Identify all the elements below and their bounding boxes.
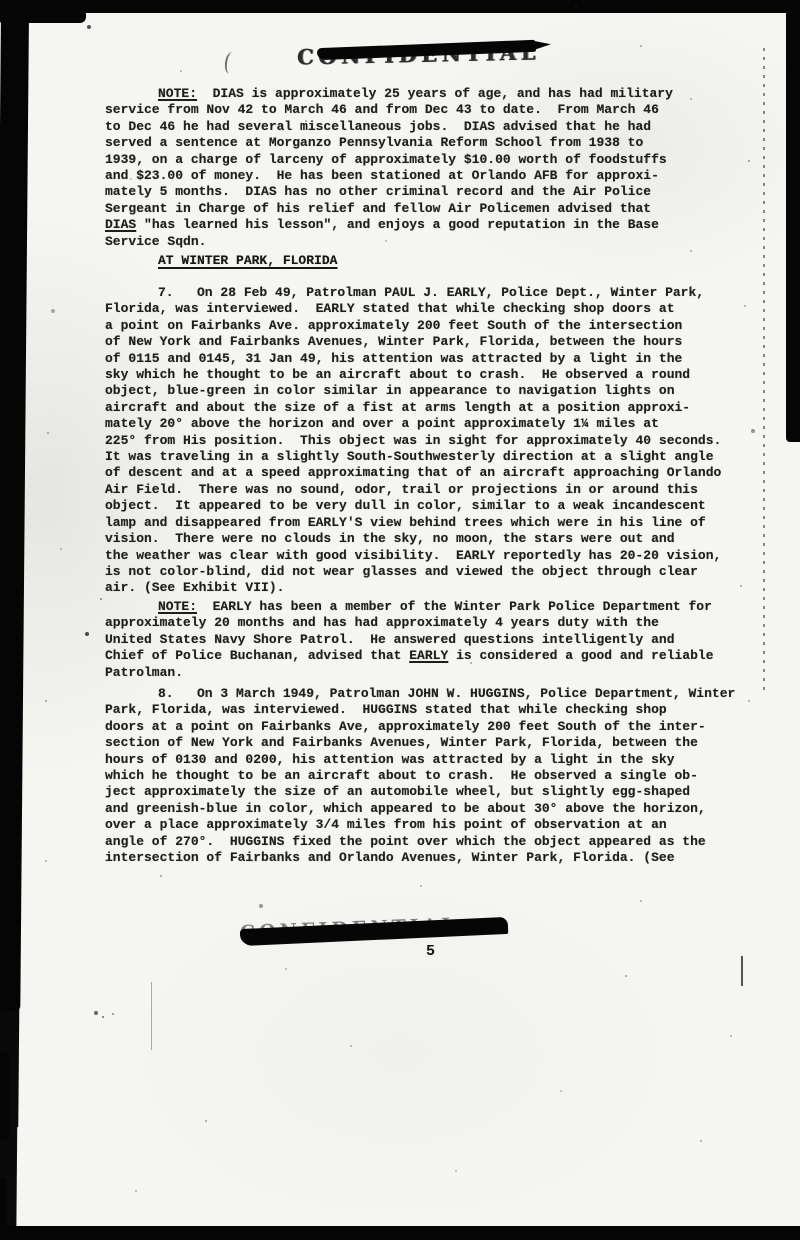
note-label: NOTE: (158, 86, 197, 101)
scan-edge-left-blob (0, 1178, 7, 1230)
page-number: 5 (426, 943, 435, 960)
scan-noise-specks (0, 0, 2, 2)
note-paragraph-early: NOTE: EARLY has been a member of the Win… (105, 599, 760, 681)
underlined-name-dias: DIAS (105, 217, 136, 232)
note-text: "has learned his lesson", and enjoys a g… (105, 217, 659, 248)
witness-paragraph-7: 7. On 28 Feb 49, Patrolman PAUL J. EARLY… (105, 285, 760, 597)
classification-stamp-bottom: CONFIDENTIAL (238, 910, 523, 958)
scan-artifact-mark (151, 982, 152, 1050)
section-heading: AT WINTER PARK, FLORIDA (158, 253, 337, 268)
classification-stamp-top: CONFIDENTIAL (297, 36, 572, 78)
note-text: DIAS is approximately 25 years of age, a… (105, 86, 673, 216)
scan-edge-top (0, 0, 800, 13)
scan-artifact-mark (224, 51, 239, 74)
scan-edge-bottom (0, 1226, 800, 1240)
witness-paragraph-8: 8. On 3 March 1949, Patrolman JOHN W. HU… (105, 686, 760, 866)
note-label: NOTE: (158, 599, 197, 614)
scan-edge-left-blob (0, 1052, 9, 1140)
scan-perforation-line (763, 48, 765, 693)
scan-artifact-mark (741, 956, 743, 986)
note-paragraph-dias: NOTE: DIAS is approximately 25 years of … (105, 86, 760, 250)
scan-edge-right (786, 0, 800, 442)
document-page: CONFIDENTIAL NOTE: DIAS is approximately… (0, 0, 800, 1240)
underlined-name-early: EARLY (409, 648, 448, 663)
scan-edge-left (0, 11, 29, 1011)
